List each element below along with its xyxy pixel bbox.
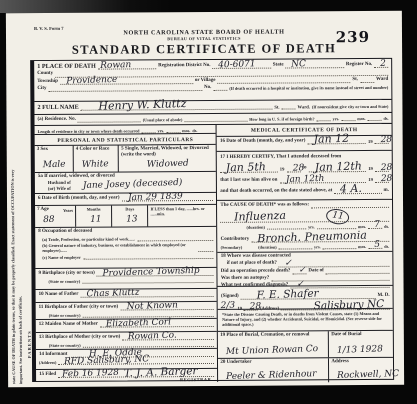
mother-bp-state-line xyxy=(83,341,215,348)
occupation-a-label: (a) Trade, Profession, or particular kin… xyxy=(42,237,135,243)
cause-ds-label: ds. xyxy=(384,224,389,229)
occupation-row: 8 Occupation of deceased (a) Trade, Prof… xyxy=(35,226,217,268)
age-years-value: 88 xyxy=(43,215,55,225)
father-bp-state-note: (State or country) xyxy=(49,313,81,318)
dob-label: 6 Date of Birth (month, day, and year) xyxy=(38,196,120,203)
last-saw-year19: 19 xyxy=(368,177,373,183)
undertaker-address-cell: Address Rockwell, NC xyxy=(328,358,393,382)
foreign-mos-line xyxy=(341,115,355,121)
contracted-label: 18 Where was disease contracted xyxy=(221,253,390,260)
marital-label: 5 Single, Married, Widowed, or Divorced … xyxy=(121,146,214,159)
age-months-label: Months xyxy=(78,207,109,212)
certificate-number-stamp: 239 xyxy=(336,28,370,46)
father-line: Chas Kluttz xyxy=(80,291,214,298)
cause-label-line xyxy=(311,202,389,208)
full-name-value: Henry W. Kluttz xyxy=(99,97,187,113)
footnote-block: *State the Disease Causing Death, or in … xyxy=(218,308,393,331)
dod-value: Jan 12 xyxy=(313,132,349,146)
occupation-label: 8 Occupation of deceased xyxy=(38,228,213,235)
cause-line: Influenza 11 xyxy=(220,216,389,223)
undertaker-label: 20 Undertaker xyxy=(220,359,326,366)
sex-label: 3 Sex xyxy=(37,147,71,153)
burial-date-label: Date of Burial xyxy=(331,332,391,339)
dod-line: Jan 12 xyxy=(307,138,366,144)
certify-from-year-line: 28 xyxy=(286,166,300,172)
operation-label: Did an operation precede death? xyxy=(221,268,291,275)
mother-bp-label: 13 Birthplace of Mother (city or town) xyxy=(39,335,121,342)
dob-row: 6 Date of Birth (month, day, and year) J… xyxy=(35,192,216,205)
contributory-mos-label: mos. xyxy=(358,244,366,249)
registrar-label: REGISTRAR xyxy=(180,377,212,382)
scanned-certificate-image: B. V. S. Form 7 NORTH CAROLINA STATE BOA… xyxy=(0,0,417,404)
cause-duration-ds-line: 7 xyxy=(368,223,382,229)
death-time-value: 4 A. xyxy=(340,182,362,196)
margin-instructions-line2: important. See instructions on back of c… xyxy=(18,296,24,384)
father-row: 10 Name of Father Chas Kluttz xyxy=(36,288,217,302)
township-value: Providence xyxy=(66,75,117,87)
sex-cell: 3 Sex Male xyxy=(35,146,73,172)
occupation-a-line xyxy=(137,235,214,241)
cause-value: Influenza xyxy=(234,209,286,224)
dod-year-value: 28 xyxy=(380,135,392,145)
state-line: NC xyxy=(286,63,344,69)
sex-value: Male xyxy=(43,160,66,171)
registration-district-line: 40-6071 xyxy=(212,63,270,69)
color-value: White xyxy=(82,159,109,170)
ward-label: Ward xyxy=(376,77,388,83)
register-no-label: Register No. xyxy=(346,62,372,68)
cause-duration-label: (duration) xyxy=(247,225,265,230)
mother-label: 12 Maiden Name of Mother xyxy=(39,322,98,329)
county-hw-line: Rowan xyxy=(98,64,156,70)
age-row: 7 Age Years 88 Months 11 Days xyxy=(35,204,216,227)
death-time-line: 4 A. xyxy=(334,188,381,194)
certify-from-year19: 19 xyxy=(280,167,285,173)
dob-line: Jan 29 1839 xyxy=(122,195,214,202)
signature-block: (Signed) F. E. Shafer M. D. 2/3 19 28 (A… xyxy=(218,285,393,309)
age-less-note: If LESS than 1 day, ......hrs. or ......… xyxy=(150,206,214,216)
burial-value: Mt Union Rowan Co xyxy=(226,344,319,357)
autopsy-line xyxy=(271,275,389,282)
registration-district-label: Registration District No. xyxy=(158,63,210,70)
autopsy-label: Was there an autopsy? xyxy=(221,275,269,282)
occupation-c-label: (c) Name of employer xyxy=(42,255,81,260)
certify-from-value: Jan 5th xyxy=(226,160,266,174)
undertaker-value: Peeler & Ridenhour xyxy=(226,369,317,382)
certify-to-year19: 19 xyxy=(368,166,373,172)
burial-label: 19 Place of Burial, Cremation, or remova… xyxy=(220,332,326,339)
last-saw-year-value: 28 xyxy=(381,173,393,183)
dod-label: 16 Date of Death (month, day, and year) xyxy=(220,138,305,145)
fullname-street-label: St. xyxy=(274,104,279,110)
mother-birthplace-row: 13 Birthplace of Mother (city or town) R… xyxy=(36,331,217,349)
filed-row: 15 Filed Feb 16 1928 T. J. A. Barger REG… xyxy=(36,368,217,384)
birthplace-label: 9 Birthplace (city or town) xyxy=(38,271,94,278)
birthplace-state-line xyxy=(82,277,214,284)
yrs-label: yrs. xyxy=(333,116,340,121)
certificate-paper: B. V. S. Form 7 NORTH CAROLINA STATE BOA… xyxy=(6,11,404,387)
death-time-m-label: m. xyxy=(383,188,388,194)
age-months-cell: Months 11 xyxy=(75,206,111,227)
undertaker-row: 20 Undertaker Peeler & Ridenhour Address… xyxy=(218,357,393,383)
place-of-death-label: 1 PLACE OF DEATH xyxy=(37,63,96,71)
marital-value: Widowed xyxy=(147,159,189,170)
full-name-line: Henry W. Kluttz xyxy=(81,104,273,111)
operation-check: ✓ xyxy=(298,265,306,275)
sex-color-marital-row: 3 Sex Male 4 Color or Race White 5 Singl… xyxy=(35,144,217,172)
fullname-ward-label: Ward. xyxy=(298,104,310,110)
operation-date-of-label: Date of xyxy=(308,268,323,274)
township-line: Providence xyxy=(60,78,193,85)
operation-date-line xyxy=(326,268,390,274)
cause-duration-yrs-line xyxy=(267,224,306,230)
ds-label: ds. xyxy=(383,116,388,121)
date-of-death-row: 16 Date of Death (month, day, and year) … xyxy=(217,135,392,151)
mos-label: mos. xyxy=(357,116,365,121)
age-label: 7 Age xyxy=(37,207,49,213)
certify-to-year-value: 28 xyxy=(381,162,393,172)
residence-section: (a) Residence. No. (Usual place of abode… xyxy=(34,112,391,125)
cause-yrs-label: yrs. xyxy=(308,225,315,230)
informant-address-line: RFD Salisbury, NC xyxy=(58,358,214,365)
certify-block: 17 I HEREBY CERTIFY, That I attended dec… xyxy=(217,150,392,200)
age-days-cell: Days 13 xyxy=(111,205,147,226)
abode-note: (Usual place of abode) xyxy=(143,117,183,122)
father-birthplace-row: 11 Birthplace of Father (city or town) N… xyxy=(36,301,217,319)
hospital-note: (If death occurred in a hospital or inst… xyxy=(229,85,388,91)
contracted-line: ✓ xyxy=(279,260,390,267)
contributory-ds-line: 5 xyxy=(368,243,382,249)
register-no-line: 2 xyxy=(374,62,388,68)
certificate-columns: Length of residence in city or town wher… xyxy=(35,123,394,383)
filed-label: 15 Filed xyxy=(39,372,56,378)
mother-line: Elizabeth Corl xyxy=(100,321,214,328)
cause-duration-days: 7 xyxy=(374,220,380,230)
occupation-b-line xyxy=(199,246,214,252)
contributory-yrs-line xyxy=(279,244,312,250)
medical-column: MEDICAL CERTIFICATE OF DEATH 16 Date of … xyxy=(216,124,393,382)
father-label: 10 Name of Father xyxy=(39,292,79,298)
village-line xyxy=(217,77,350,84)
burial-date-cell: Date of Burial 1/13 1928 xyxy=(328,331,393,357)
age-days-value: 13 xyxy=(126,214,138,224)
county-value: Rowan xyxy=(100,60,131,71)
last-saw-year-line: 28 xyxy=(375,177,389,183)
footnote-text: *State the Disease Causing Death, or in … xyxy=(222,311,389,327)
occupation-b-label: (b) General nature of industry, business… xyxy=(42,242,196,253)
scan-artifact xyxy=(0,0,170,13)
filed-date-value: Feb 16 1928 xyxy=(62,368,119,380)
certify-from-year-value: 28 xyxy=(292,163,304,173)
age-months-value: 11 xyxy=(90,214,102,224)
birthplace-line: Providence Township xyxy=(97,270,214,277)
certify-to-year-line: 28 xyxy=(375,165,389,171)
occupation-c-line xyxy=(83,253,214,260)
cause-label: The CAUSE OF DEATH* was as follows: xyxy=(220,202,309,209)
fullname-street-line xyxy=(282,104,296,110)
nonresident-note: (If nonresident give city or town and St… xyxy=(312,104,389,109)
contributory-yrs-label: yrs. xyxy=(314,245,321,250)
informant-address-value: RFD Salisbury, NC xyxy=(64,354,150,367)
house-no-label: No. xyxy=(204,85,211,91)
village-label: or Village xyxy=(195,78,216,84)
age-years-label: Years xyxy=(63,208,73,213)
registration-district-value: 40-6071 xyxy=(218,60,256,71)
burial-place-cell: 19 Place of Burial, Cremation, or remova… xyxy=(218,331,328,358)
dod-year-line: 28 xyxy=(375,138,389,144)
contributory-ds-label: ds. xyxy=(384,244,389,249)
age-less-cell: If LESS than 1 day, ......hrs. or ......… xyxy=(147,205,216,226)
dob-value: Jan 29 1839 xyxy=(127,192,182,204)
burial-date-value: 1/13 1928 xyxy=(337,344,383,355)
operation-line: ✓ xyxy=(292,268,306,274)
foreign-yrs-line xyxy=(317,115,331,121)
father-value: Chas Kluttz xyxy=(86,288,139,300)
register-no-value: 2 xyxy=(380,59,386,69)
signed-label: (Signed) xyxy=(221,294,239,300)
city-line xyxy=(48,85,202,92)
contracted-check: ✓ xyxy=(285,258,293,268)
full-name-label: 2 FULL NAME xyxy=(37,104,78,112)
abode-line xyxy=(184,116,247,122)
questions-block: 18 Where was disease contracted if not a… xyxy=(218,251,393,286)
certify-to-line: Jan 12th xyxy=(309,166,367,172)
death-occurred-label: and that death occurred, on the date sta… xyxy=(220,188,332,195)
personal-column: Length of residence in city or town wher… xyxy=(35,125,218,383)
contributory-label: Contributory xyxy=(221,237,250,243)
township-label: Township xyxy=(37,79,58,85)
foreign-birth-note: How long in U. S. if of foreign birth? xyxy=(249,117,314,122)
age-cell: 7 Age Years 88 xyxy=(35,206,75,227)
mother-row: 12 Maiden Name of Mother Elizabeth Corl xyxy=(36,318,217,332)
mother-value: Elizabeth Corl xyxy=(106,318,172,330)
color-label: 4 Color or Race xyxy=(76,147,116,153)
birthplace-state-note: (State or country) xyxy=(48,279,80,284)
marital-cell: 5 Single, Married, Widowed, or Divorced … xyxy=(118,145,216,172)
age-days-label: Days xyxy=(114,206,145,211)
residence-line xyxy=(78,117,141,123)
county-label: County xyxy=(37,71,53,77)
street-line xyxy=(360,77,374,83)
certificate-main-box: 1 PLACE OF DEATH Rowan Registration Dist… xyxy=(30,58,394,382)
color-cell: 4 Color or Race White xyxy=(73,146,118,172)
undertaker-address-value: Rockwell, NC xyxy=(337,369,399,381)
state-label: State xyxy=(273,63,284,69)
mother-bp-line: Rowan Co. xyxy=(122,334,214,341)
spouse-row: 5a If married, widowed, or divorced Husb… xyxy=(35,171,216,193)
city-label: City xyxy=(37,86,46,92)
residence-label: (a) Residence. No. xyxy=(37,117,75,123)
house-no-line xyxy=(213,85,227,91)
contributory-line: Bronch. Pneumonia xyxy=(251,236,389,243)
certify-to-value: Jan 12th xyxy=(314,159,361,174)
dod-year19: 19 xyxy=(368,139,373,145)
father-bp-state-line xyxy=(82,311,214,318)
contracted-label2: if not at place of death? xyxy=(227,261,277,268)
cause-of-death-block: The CAUSE OF DEATH* was as follows: Infl… xyxy=(217,199,392,252)
birthplace-row: 9 Birthplace (city or town) Providence T… xyxy=(35,267,216,289)
undertaker-address-label: Address xyxy=(331,359,391,366)
father-bp-line: Not Known xyxy=(120,304,214,311)
undertaker-cell: 20 Undertaker Peeler & Ridenhour xyxy=(218,358,328,383)
street-label: St. xyxy=(352,77,358,83)
state-value: NC xyxy=(291,60,306,70)
contributory-duration-label: (duration) xyxy=(258,245,276,250)
secondary-label: (Secondary) xyxy=(221,245,243,250)
last-saw-value: Jan 12th xyxy=(285,174,324,185)
burial-row: 19 Place of Burial, Cremation, or remova… xyxy=(218,330,393,358)
contributory-duration-days: 5 xyxy=(374,240,380,250)
father-bp-label: 11 Birthplace of Father (city or town) xyxy=(39,305,119,312)
last-saw-label: that I last saw him alive on xyxy=(220,177,277,184)
mother-bp-state-note: (State or country) xyxy=(49,343,81,348)
place-of-death-section: 1 PLACE OF DEATH Rowan Registration Dist… xyxy=(34,59,391,101)
foreign-ds-line xyxy=(367,115,381,121)
physician-signature: F. E. Shafer xyxy=(257,287,319,301)
certify-from-line: Jan 5th xyxy=(220,166,278,172)
contributory-mos-line xyxy=(323,243,356,249)
informant-address-label: (Address) xyxy=(39,360,56,365)
margin-instructions-line1: state CAUSE OF DEATH in plain terms, so … xyxy=(10,170,16,385)
